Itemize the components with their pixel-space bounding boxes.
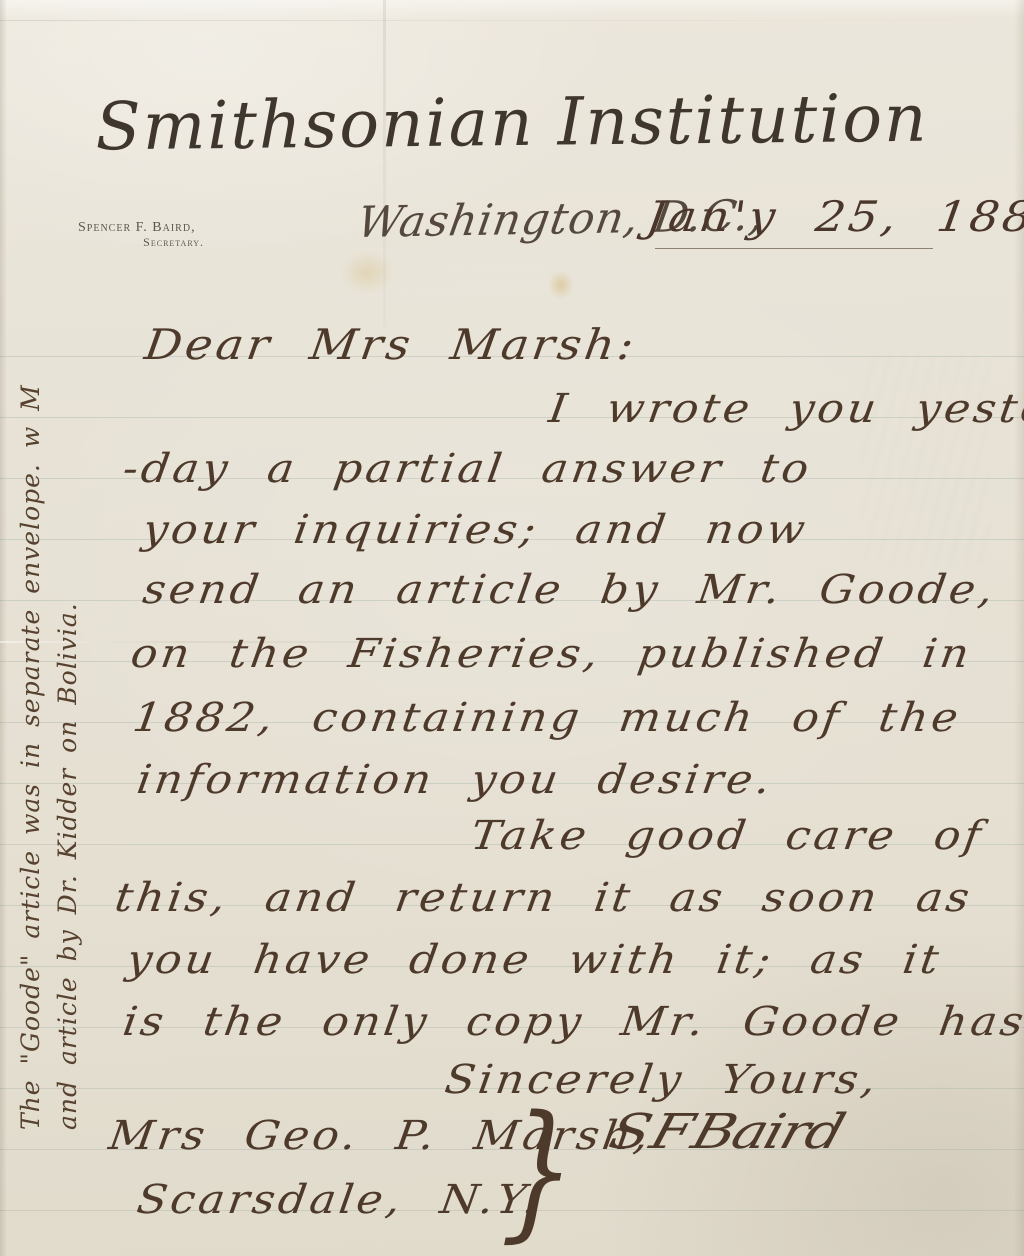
paper-stain — [340, 250, 395, 295]
margin-note: The "Goode" article was in separate enve… — [12, 186, 90, 1130]
letter-line: you have done with it; as it — [124, 940, 944, 980]
letterhead-institution: Smithsonian Institution — [0, 79, 1024, 167]
handwritten-date: Jan'y 25, 1884. — [644, 196, 1024, 238]
paper-right-edge — [1014, 0, 1024, 1256]
letterhead-sender-block: Spencer F. Baird, Secretary. — [78, 221, 204, 248]
recipient-brace: } — [500, 1096, 578, 1244]
letter-line: your inquiries; and now — [140, 510, 810, 550]
margin-note-line2: and article by Dr. Kidder on Bolivia. — [49, 186, 86, 1130]
letter-line: I wrote you yester- — [546, 389, 1024, 429]
recipient-address: Scarsdale, N.Y. — [134, 1180, 543, 1220]
letter-line: this, and return it as soon as — [112, 878, 974, 918]
date-underline — [655, 248, 933, 249]
letter-line: is the only copy Mr. Goode has. — [120, 1002, 1024, 1042]
letter-line: -day a partial answer to — [120, 449, 814, 489]
salutation: Dear Mrs Marsh: — [142, 324, 639, 366]
paper-left-edge — [0, 0, 7, 1256]
margin-note-text: The "Goode" article was in separate enve… — [12, 186, 90, 1130]
sender-title: Secretary. — [78, 236, 204, 249]
letter-line: send an article by Mr. Goode, — [140, 570, 998, 610]
letter-line: Take good care of — [468, 816, 986, 856]
letter-line: 1882, containing much of the — [130, 698, 963, 738]
letter-page: Smithsonian Institution Spencer F. Baird… — [0, 0, 1024, 1256]
letter-line: information you desire. — [134, 760, 775, 800]
sender-name: Spencer F. Baird, — [78, 221, 204, 236]
paper-top-edge — [0, 0, 1024, 18]
paper-stain — [548, 270, 574, 300]
letter-line: on the Fisheries, published in — [128, 634, 974, 674]
paper-top-crease — [0, 20, 1024, 21]
margin-note-line1: The "Goode" article was in separate enve… — [12, 186, 49, 1130]
